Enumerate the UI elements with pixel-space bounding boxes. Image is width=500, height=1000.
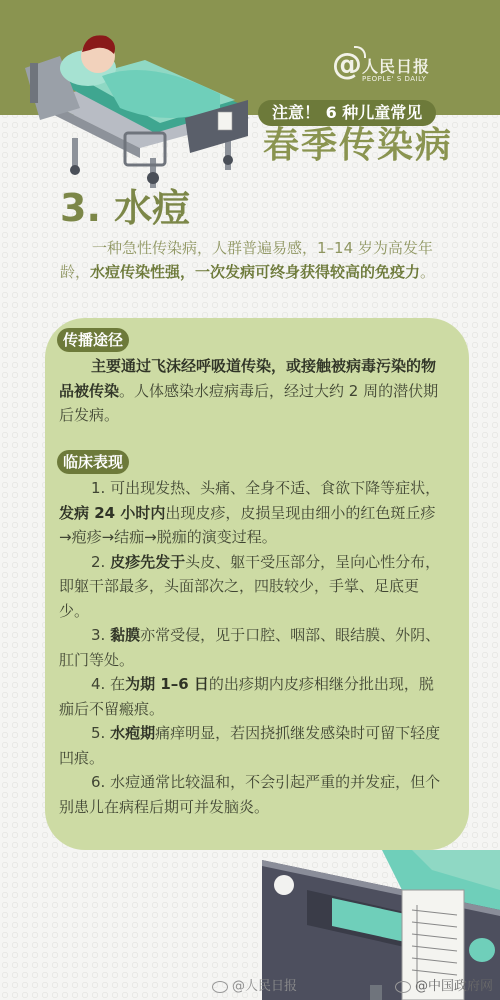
item-bold: 黏膜	[110, 626, 140, 644]
item-text: 3.	[91, 626, 110, 644]
intro-highlight: 水痘传染性强，一次发病可终身获得较高的免疫力	[90, 263, 420, 281]
item-bold: 皮疹先发于	[110, 553, 185, 571]
section-tag-symptoms: 临床表现	[57, 450, 129, 474]
item-text: 5.	[91, 724, 110, 742]
watermark-text: @人民日报	[232, 979, 297, 994]
symptom-item-4: 4. 在为期 1–6 日的出疹期内皮疹相继分批出现，脱痂后不留瘢痕。	[59, 672, 447, 721]
section-tag-transmission: 传播途径	[57, 328, 129, 352]
item-bold: 水疱期	[110, 724, 155, 742]
page-title: 春季传染病	[263, 126, 453, 166]
symptom-item-3: 3. 黏膜亦常受侵，见于口腔、咽部、眼结膜、外阴、肛门等处。	[59, 623, 447, 672]
symptom-item-1: 1. 可出现发热、头痛、全身不适、食欲下降等症状，发病 24 小时内出现皮疹，皮…	[59, 476, 447, 550]
weibo-icon	[395, 981, 411, 993]
symptom-item-6: 6. 水痘通常比较温和，不会引起严重的并发症，但个别患儿在病程后期可并发脑炎。	[59, 770, 447, 819]
watermark-text: @中国政府网	[415, 979, 493, 994]
symptoms-list: 1. 可出现发热、头痛、全身不适、食欲下降等症状，发病 24 小时内出现皮疹，皮…	[59, 476, 447, 819]
notice-badge: 注意！ 6 种儿童常见	[258, 100, 436, 126]
logo-english-name: PEOPLE' S DAILY	[362, 75, 426, 83]
item-bold: 为期 1–6 日	[125, 675, 209, 693]
symptom-item-5: 5. 水疱期痛痒明显，若因挠抓继发感染时可留下轻度凹痕。	[59, 721, 447, 770]
symptom-item-2: 2. 皮疹先发于头皮、躯干受压部分，呈向心性分布，即躯干部最多，头面部次之，四肢…	[59, 550, 447, 624]
transmission-text: 主要通过飞沫经呼吸道传染，或接触被病毒污染的物品被传染。人体感染水痘病毒后，经过…	[59, 354, 447, 428]
item-bold: 发病 24 小时内	[59, 504, 165, 522]
item-text: 1. 可出现发热、头痛、全身不适、食欲下降等症状，	[91, 479, 440, 497]
logo-chinese-name: 人民日报	[362, 54, 430, 77]
disease-intro: 一种急性传染病，人群普遍易感，1–14 岁为高发年龄，水痘传染性强，一次发病可终…	[60, 236, 440, 284]
intro-end: 。	[420, 263, 435, 281]
watermark-gov: @中国政府网	[395, 975, 493, 994]
disease-title: 3. 水痘	[60, 186, 190, 230]
hospital-bed-child-illustration	[20, 28, 250, 188]
item-text: 6. 水痘通常比较温和，不会引起严重的并发症，但个别患儿在病程后期可并发脑炎。	[59, 773, 440, 816]
item-text: 2.	[91, 553, 110, 571]
info-card: 传播途径 主要通过飞沫经呼吸道传染，或接触被病毒污染的物品被传染。人体感染水痘病…	[45, 318, 469, 850]
peoples-daily-logo: @ 人民日报 PEOPLE' S DAILY	[332, 48, 452, 88]
watermark-peoples-daily: @人民日报	[212, 975, 297, 994]
weibo-icon	[212, 981, 228, 993]
item-text: 4. 在	[91, 675, 125, 693]
